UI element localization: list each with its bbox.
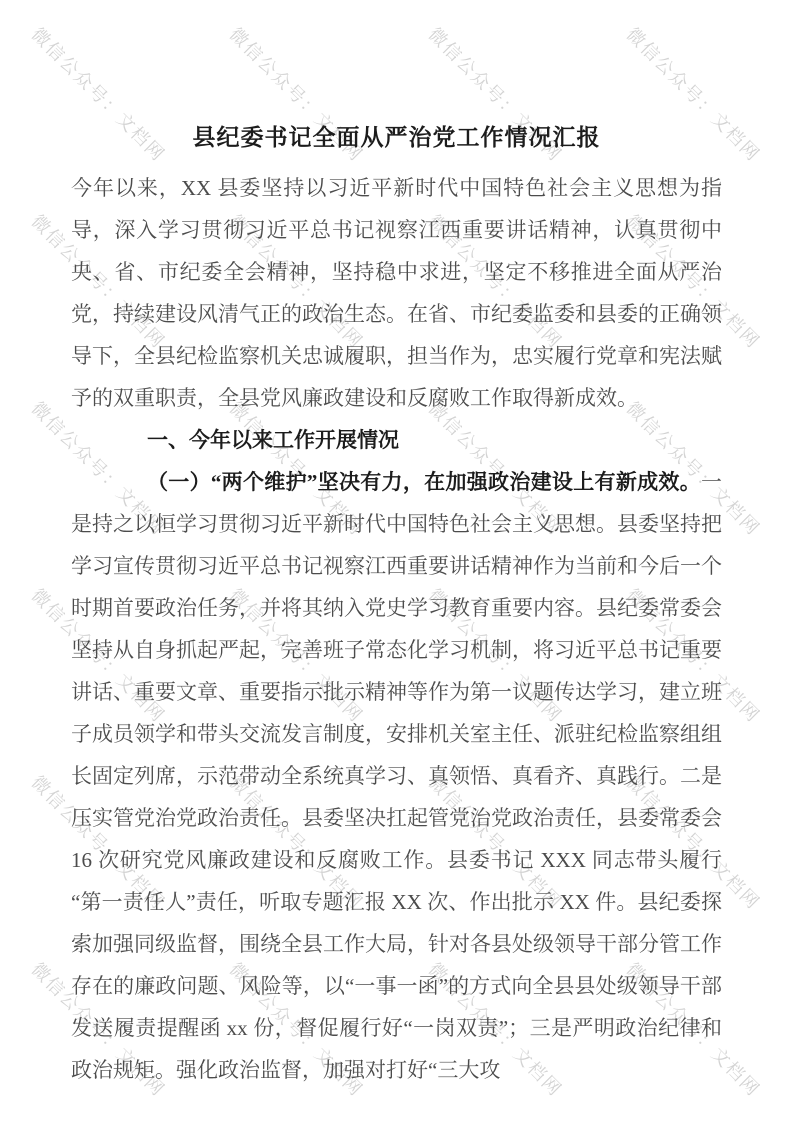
intro-paragraph: 今年以来，XX 县委坚持以习近平新时代中国特色社会主义思想为指导，深入学习贯彻习… [71,167,722,419]
section-1-heading: 一、今年以来工作开展情况 [71,419,722,461]
document-page: 微信公众号：文档网 微信公众号：文档网 微信公众号：文档网 微信公众号：文档网 … [0,0,793,1122]
subsection-1-paragraph: （一）“两个维护”坚决有力，在加强政治建设上有新成效。一是持之以恒学习贯彻习近平… [71,461,722,1091]
subsection-1-lead: （一）“两个维护”坚决有力，在加强政治建设上有新成效。 [147,470,701,494]
document-title: 县纪委书记全面从严治党工作情况汇报 [71,0,722,164]
document-body: 县纪委书记全面从严治党工作情况汇报 今年以来，XX 县委坚持以习近平新时代中国特… [71,0,722,1091]
subsection-1-body-text: 一是持之以恒学习贯彻习近平新时代中国特色社会主义思想。县委坚持把学习宣传贯彻习近… [71,470,722,1082]
